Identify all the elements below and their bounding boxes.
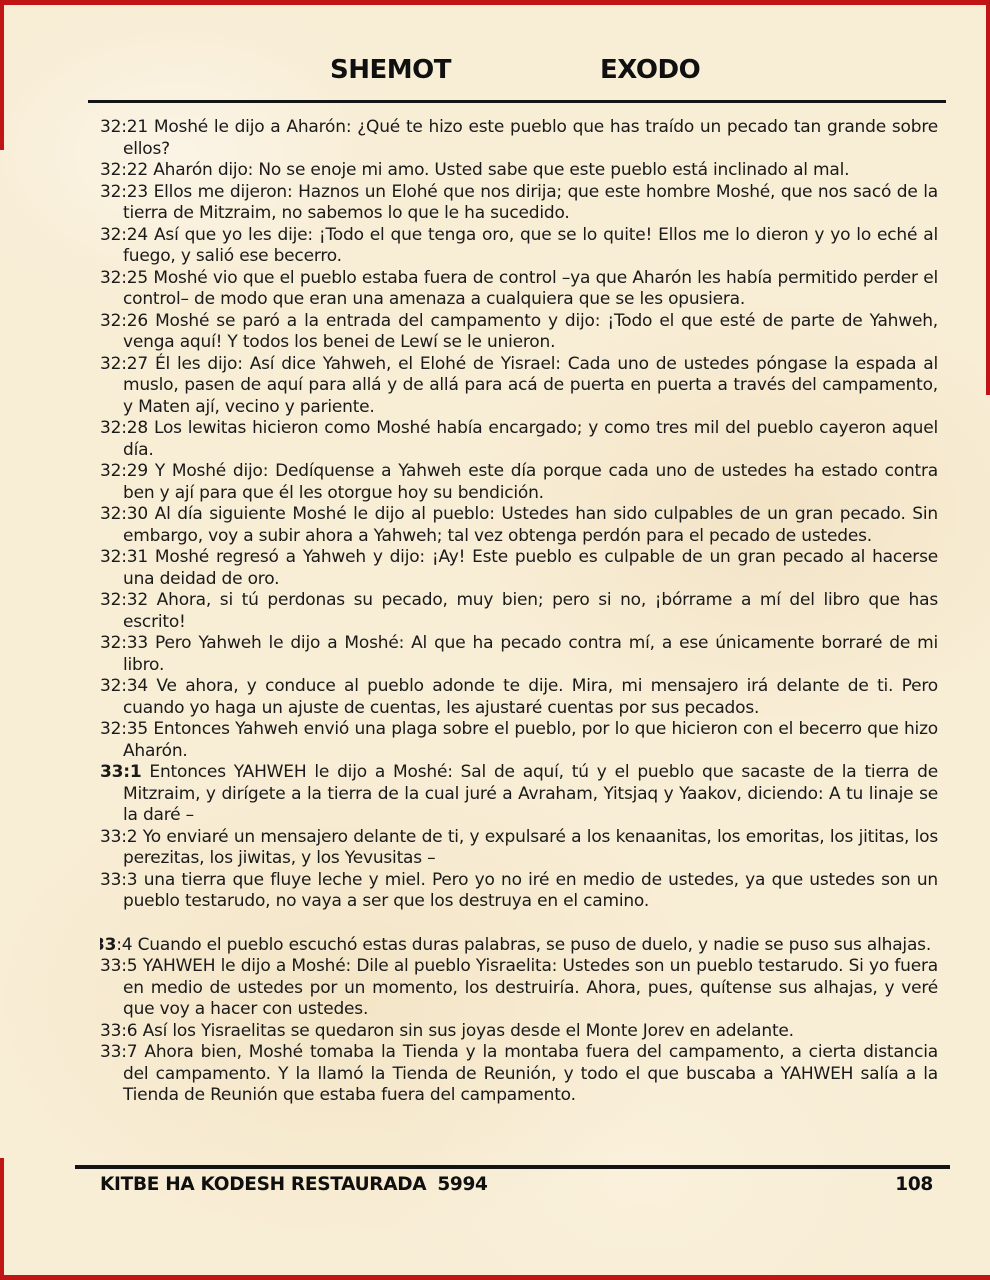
verse-33-6: 33:6 Así los Yisraelitas se quedaron sin…	[100, 1021, 938, 1043]
verse-ref: 32:31	[100, 547, 148, 567]
verse-32-28: 32:28 Los lewitas hicieron como Moshé ha…	[100, 418, 938, 461]
verse-32-24: 32:24 Así que yo les dije: ¡Todo el que …	[100, 225, 938, 268]
verse-33-5: 33:5 YAHWEH le dijo a Moshé: Dile al pue…	[100, 956, 938, 1021]
verse-33-7: 33:7 Ahora bien, Moshé tomaba la Tienda …	[100, 1042, 938, 1107]
verse-ref: 32:32	[100, 590, 148, 610]
verse-ref: 33:4	[100, 935, 132, 955]
verse-ref: 32:26	[100, 311, 148, 331]
verse-32-29: 32:29 Y Moshé dijo: Dedíquense a Yahweh …	[100, 461, 938, 504]
verse-ref: 32:25	[100, 268, 148, 288]
verse-32-26: 32:26 Moshé se paró a la entrada del cam…	[100, 311, 938, 354]
page-title-exodo: EXODO	[600, 56, 700, 84]
verse-ref: 32:27	[100, 354, 148, 374]
verse-ref: 33:6	[100, 1021, 137, 1041]
verse-ref: 32:35	[100, 719, 148, 739]
verse-ref: 32:21	[100, 117, 148, 137]
verse-ref: 33:5	[100, 956, 137, 976]
verse-33-2: 33:2 Yo enviaré un mensajero delante de …	[100, 827, 938, 870]
verse-ref: 33:3	[100, 870, 137, 890]
verse-32-27: 32:27 Él les dijo: Así dice Yahweh, el E…	[100, 354, 938, 419]
verse-ref: 33:7	[100, 1042, 137, 1062]
page-edge-mark-right-top	[986, 0, 990, 395]
verse-list: 32:21 Moshé le dijo a Aharón: ¿Qué te hi…	[100, 117, 938, 1163]
footer-year: 5994	[437, 1174, 487, 1195]
verse-ref: 32:33	[100, 633, 148, 653]
verse-ref: 32:23	[100, 182, 148, 202]
verse-32-32: 32:32 Ahora, si tú perdonas su pecado, m…	[100, 590, 938, 633]
page-edge-mark-left-top	[0, 0, 4, 150]
verse-32-25: 32:25 Moshé vio que el pueblo estaba fue…	[100, 268, 938, 311]
verse-32-34: 32:34 Ve ahora, y conduce al pueblo adon…	[100, 676, 938, 719]
verse-ref: 33:2	[100, 827, 137, 847]
verse-32-21: 32:21 Moshé le dijo a Aharón: ¿Qué te hi…	[100, 117, 938, 160]
verse-ref: 32:29	[100, 461, 148, 481]
header-rule	[88, 100, 946, 103]
verse-32-23: 32:23 Ellos me dijeron: Haznos un Elohé …	[100, 182, 938, 225]
page-title-shemot: SHEMOT	[330, 56, 451, 84]
page-edge-mark-top	[0, 0, 990, 5]
verse-32-30: 32:30 Al día siguiente Moshé le dijo al …	[100, 504, 938, 547]
verse-33-1: 33:1 Entonces YAHWEH le dijo a Moshé: Sa…	[100, 762, 938, 827]
verse-32-22: 32:22 Aharón dijo: No se enoje mi amo. U…	[100, 160, 938, 182]
verse-ref: 32:24	[100, 225, 148, 245]
scanned-bible-page: SHEMOT EXODO 32:21 Moshé le dijo a Aharó…	[0, 0, 990, 1280]
page-edge-mark-left-bottom	[0, 1158, 4, 1280]
footer-rule	[75, 1165, 950, 1169]
page-edge-mark-bottom	[0, 1275, 990, 1280]
verse-33-4: 33:4 Cuando el pueblo escuchó estas dura…	[100, 935, 938, 957]
verse-ref: 32:30	[100, 504, 148, 524]
verse-ref: 32:34	[100, 676, 148, 696]
page-footer: KITBE HA KODESH RESTAURADA 5994 108	[100, 1174, 933, 1195]
footer-edition-label: KITBE HA KODESH RESTAURADA	[100, 1174, 426, 1195]
verse-ref: 32:22	[100, 160, 148, 180]
footer-page-number: 108	[895, 1174, 933, 1195]
verse-ref: 33:1	[100, 762, 141, 782]
verse-32-35: 32:35 Entonces Yahweh envió una plaga so…	[100, 719, 938, 762]
footer-edition-and-year: KITBE HA KODESH RESTAURADA 5994	[100, 1174, 488, 1195]
verse-32-31: 32:31 Moshé regresó a Yahweh y dijo: ¡Ay…	[100, 547, 938, 590]
verse-33-3: 33:3 una tierra que fluye leche y miel. …	[100, 870, 938, 913]
verse-32-33: 32:33 Pero Yahweh le dijo a Moshé: Al qu…	[100, 633, 938, 676]
verse-ref: 32:28	[100, 418, 148, 438]
